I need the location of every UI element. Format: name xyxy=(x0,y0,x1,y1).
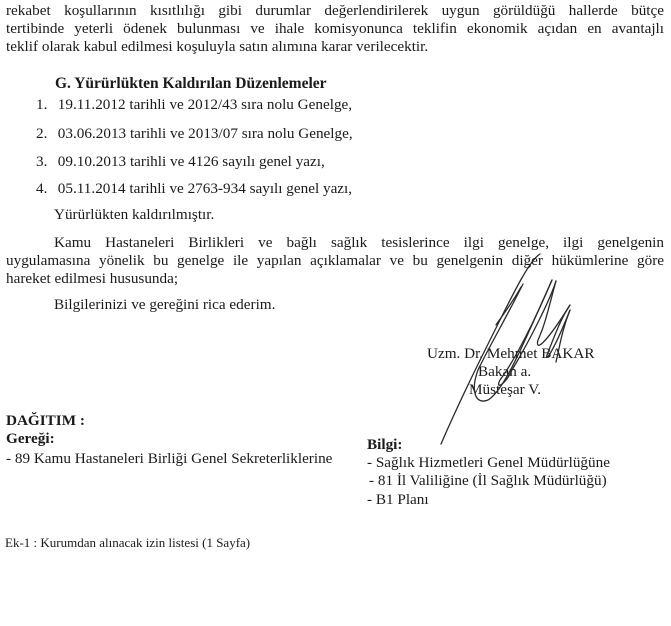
list-item: 3. 09.10.2013 tarihli ve 4126 sayılı gen… xyxy=(36,153,325,171)
bilgi-item: - B1 Planı xyxy=(367,491,429,509)
attachment-note: Ek-1 : Kurumdan alınacak izin listesi (1… xyxy=(5,535,250,551)
gerequired-label: Gereği: xyxy=(6,430,55,448)
list-number: 1. xyxy=(36,96,54,114)
list-text: 03.06.2013 tarihli ve 2013/07 sıra nolu … xyxy=(58,125,353,142)
section-heading: G. Yürürlükten Kaldırılan Düzenlemeler xyxy=(55,75,327,93)
section-closing: Yürürlükten kaldırılmıştır. xyxy=(54,206,214,224)
gerequired-item: - 89 Kamu Hastaneleri Birliği Genel Sekr… xyxy=(6,450,332,468)
list-number: 2. xyxy=(36,125,54,143)
bilgi-item: - Sağlık Hizmetleri Genel Müdürlüğüne xyxy=(367,454,610,472)
list-item: 2. 03.06.2013 tarihli ve 2013/07 sıra no… xyxy=(36,125,353,143)
signatory-title: Bakan a. xyxy=(478,363,531,381)
distribution-title: DAĞITIM : xyxy=(6,412,85,430)
body-line: hareket edilmesi hususunda; xyxy=(6,270,664,288)
bilgi-label: Bilgi: xyxy=(367,436,402,454)
bilgi-item: - 81 İl Valiliğine (İl Sağlık Müdürlüğü) xyxy=(369,472,607,490)
list-item: 1. 19.11.2012 tarihli ve 2012/43 sıra no… xyxy=(36,96,352,114)
signatory-role: Müsteşar V. xyxy=(469,381,541,399)
intro-line: rekabet koşullarının kısıtlılığı gibi du… xyxy=(6,2,664,20)
signatory-name: Uzm. Dr. Mehmet BAKAR xyxy=(427,345,594,363)
intro-line: teklif olarak kabul edilmesi koşuluyla s… xyxy=(6,38,664,56)
request-line: Bilgilerinizi ve gereğini rica ederim. xyxy=(54,296,275,314)
list-text: 19.11.2012 tarihli ve 2012/43 sıra nolu … xyxy=(58,96,352,113)
list-item: 4. 05.11.2014 tarihli ve 2763-934 sayılı… xyxy=(36,180,352,198)
list-text: 09.10.2013 tarihli ve 4126 sayılı genel … xyxy=(58,153,325,170)
list-number: 4. xyxy=(36,180,54,198)
body-line: uygulamasına yönelik bu genelge ile yapı… xyxy=(6,252,664,270)
list-number: 3. xyxy=(36,153,54,171)
list-text: 05.11.2014 tarihli ve 2763-934 sayılı ge… xyxy=(58,180,352,197)
intro-line: tertibinde yeterli ödenek bulunması ve i… xyxy=(6,20,664,38)
body-line: Kamu Hastaneleri Birlikleri ve bağlı sağ… xyxy=(54,234,664,252)
